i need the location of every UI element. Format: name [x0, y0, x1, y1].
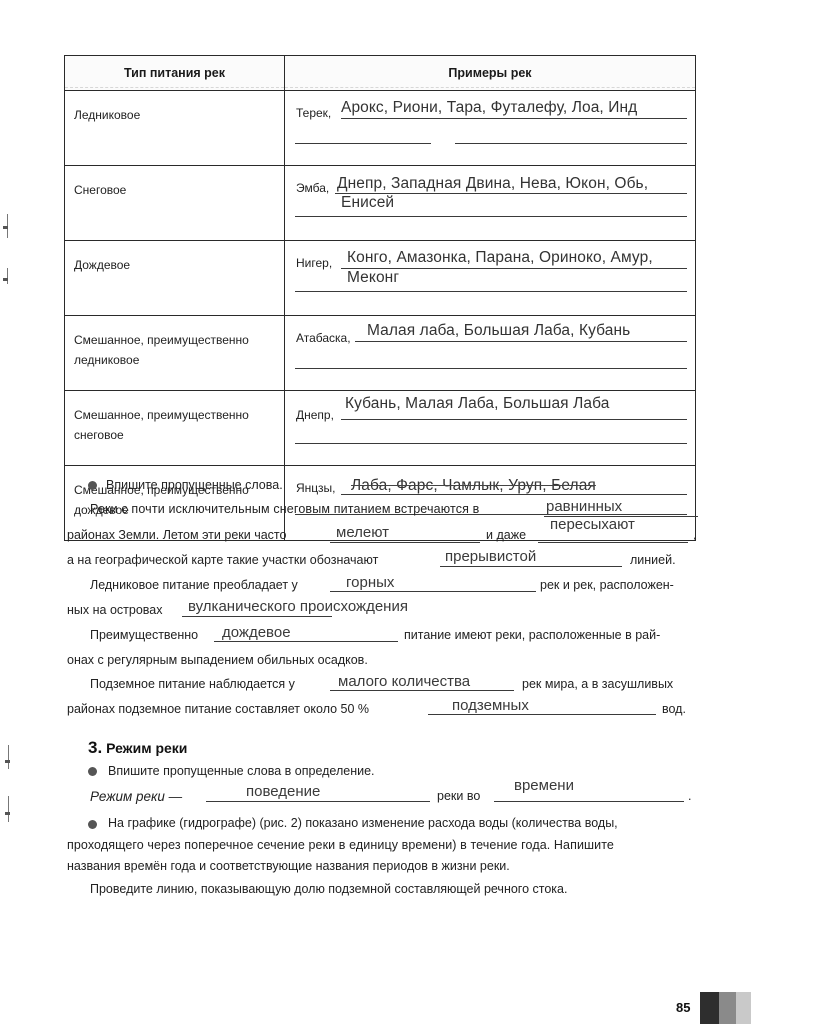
- handwritten-answer-line2: Меконг: [347, 269, 399, 287]
- river-feeding-table: Тип питания рек Примеры рек Ледниковое Т…: [64, 55, 696, 541]
- river-examples-cell[interactable]: Днепр, Кубань, Малая Лаба, Большая Лаба: [285, 391, 696, 466]
- table-row: Смешанное, преимущественноснеговое Днепр…: [65, 391, 696, 466]
- river-examples-cell[interactable]: Атабаска, Малая лаба, Большая Лаба, Куба…: [285, 316, 696, 391]
- section-heading: 3. Режим реки: [88, 738, 187, 758]
- paragraph-text: На графике (гидрографе) (рис. 2) показан…: [108, 816, 618, 830]
- answer-meleyut: мелеют: [336, 524, 389, 541]
- paragraph-text: Подземное питание наблюдается у: [90, 677, 295, 691]
- handwritten-answer: Арокс, Риони, Тара, Футалефу, Лоа, Инд: [341, 99, 637, 117]
- answer-ravninnyh: равнинных: [546, 498, 622, 515]
- example-lead: Нигер,: [296, 256, 332, 270]
- handwritten-answer: Конго, Амазонка, Парана, Ориноко, Амур,: [347, 249, 653, 267]
- paragraph-text: Ледниковое питание преобладает у: [90, 578, 298, 592]
- paragraph-text: ных на островах: [67, 603, 162, 617]
- paragraph-text: рек мира, а в засушливых: [522, 677, 673, 691]
- river-examples-cell[interactable]: Нигер, Конго, Амазонка, Парана, Ориноко,…: [285, 241, 696, 316]
- river-examples-cell[interactable]: Терек, Арокс, Риони, Тара, Футалефу, Лоа…: [285, 91, 696, 166]
- blank-line[interactable]: [428, 714, 656, 715]
- section-title: Режим реки: [106, 740, 187, 756]
- instruction-text: Впишите пропущенные слова.: [106, 478, 283, 492]
- column-header-river-examples: Примеры рек: [285, 56, 696, 91]
- river-examples-cell[interactable]: Эмба, Днепр, Западная Двина, Нева, Юкон,…: [285, 166, 696, 241]
- paragraph-text: Преимущественно: [90, 628, 198, 642]
- margin-tick: [3, 226, 8, 229]
- example-lead: Янцзы,: [296, 481, 336, 495]
- table-header-row: Тип питания рек Примеры рек: [65, 56, 696, 91]
- handwritten-answer: Малая лаба, Большая Лаба, Кубань: [367, 322, 630, 340]
- paragraph-text: проходящего через поперечное сечение рек…: [67, 838, 614, 852]
- instruction-text: Впишите пропущенные слова в определение.: [108, 764, 375, 778]
- edge-tab-mid: [719, 992, 736, 1024]
- table-row: Смешанное, преимущественноледниковое Ата…: [65, 316, 696, 391]
- blank-line[interactable]: [330, 542, 480, 543]
- feeding-type-cell: Смешанное, преимущественноснеговое: [65, 391, 285, 466]
- paragraph-text: реки во: [437, 789, 480, 803]
- paragraph-text: ,: [693, 528, 696, 542]
- margin-mark: [8, 796, 9, 822]
- answer-povedenie: поведение: [246, 783, 320, 800]
- answer-dozhdevoe: дождевое: [222, 624, 291, 641]
- answer-preryvistoy: прерывистой: [445, 548, 536, 565]
- paragraph-text: онах с регулярным выпадением обильных ос…: [67, 653, 368, 667]
- definition-term: Режим реки —: [90, 789, 182, 804]
- edge-tab-dark: [700, 992, 719, 1024]
- example-lead: Терек,: [296, 106, 331, 120]
- handwritten-answer: Лаба, Фарс, Чамлык, Уруп, Белая: [351, 477, 596, 495]
- feeding-type-cell: Смешанное, преимущественноледниковое: [65, 316, 285, 391]
- paragraph-text: а на географической карте такие участки …: [67, 553, 378, 567]
- margin-tick: [3, 278, 8, 281]
- handwritten-answer: Днепр, Западная Двина, Нева, Юкон, Обь,: [337, 175, 648, 193]
- example-lead: Днепр,: [296, 408, 334, 422]
- bullet-icon: [88, 820, 97, 829]
- paragraph-text: Реки с почти исключительным снеговым пит…: [90, 502, 479, 516]
- bullet-icon: [88, 481, 97, 490]
- blank-line[interactable]: [206, 801, 430, 802]
- bullet-icon: [88, 767, 97, 776]
- table-row: Ледниковое Терек, Арокс, Риони, Тара, Фу…: [65, 91, 696, 166]
- example-lead: Эмба,: [296, 181, 329, 195]
- paragraph-text: линией.: [630, 553, 676, 567]
- page-number: 85: [676, 1000, 690, 1015]
- margin-mark: [8, 745, 9, 769]
- paragraph-text: вод.: [662, 702, 686, 716]
- answer-peresyhayut: пересыхают: [550, 516, 635, 533]
- blank-line[interactable]: [538, 542, 688, 543]
- blank-line[interactable]: [330, 591, 536, 592]
- answer-vremeni: времени: [514, 777, 574, 794]
- feeding-type-cell: Снеговое: [65, 166, 285, 241]
- handwritten-answer-line2: Енисей: [341, 194, 394, 212]
- handwritten-answer: Кубань, Малая Лаба, Большая Лаба: [345, 395, 609, 413]
- table-row: Снеговое Эмба, Днепр, Западная Двина, Не…: [65, 166, 696, 241]
- blank-line[interactable]: [330, 690, 514, 691]
- blank-line[interactable]: [182, 616, 332, 617]
- margin-tick: [5, 812, 10, 815]
- paragraph-text: и даже: [486, 528, 526, 542]
- edge-tab-light: [736, 992, 751, 1024]
- blank-line[interactable]: [494, 801, 684, 802]
- paragraph-text: районах подземное питание составляет око…: [67, 702, 369, 716]
- feeding-type-cell: Ледниковое: [65, 91, 285, 166]
- answer-gornyh: горных: [346, 574, 394, 591]
- margin-mark: [7, 268, 8, 284]
- margin-tick: [5, 760, 10, 763]
- workbook-page: Тип питания рек Примеры рек Ледниковое Т…: [0, 0, 832, 1032]
- answer-podzemnyh: подземных: [452, 697, 529, 714]
- answer-vulkanicheskogo: вулканического происхождения: [188, 598, 408, 615]
- blank-line[interactable]: [214, 641, 398, 642]
- paragraph-text: рек и рек, расположен-: [540, 578, 674, 592]
- paragraph-text: питание имеют реки, расположенные в рай-: [404, 628, 660, 642]
- paragraph-text: названия времён года и соответствующие н…: [67, 859, 510, 873]
- section-number: 3.: [88, 738, 102, 757]
- example-lead: Атабаска,: [296, 331, 351, 345]
- feeding-type-cell: Дождевое: [65, 241, 285, 316]
- blank-line[interactable]: [440, 566, 622, 567]
- table-row: Дождевое Нигер, Конго, Амазонка, Парана,…: [65, 241, 696, 316]
- column-header-feeding-type: Тип питания рек: [65, 56, 285, 91]
- paragraph-text: районах Земли. Летом эти реки часто: [67, 528, 286, 542]
- paragraph-text: .: [688, 789, 691, 803]
- answer-malogo-kolichestva: малого количества: [338, 673, 470, 690]
- paragraph-text: Проведите линию, показывающую долю подзе…: [90, 882, 567, 896]
